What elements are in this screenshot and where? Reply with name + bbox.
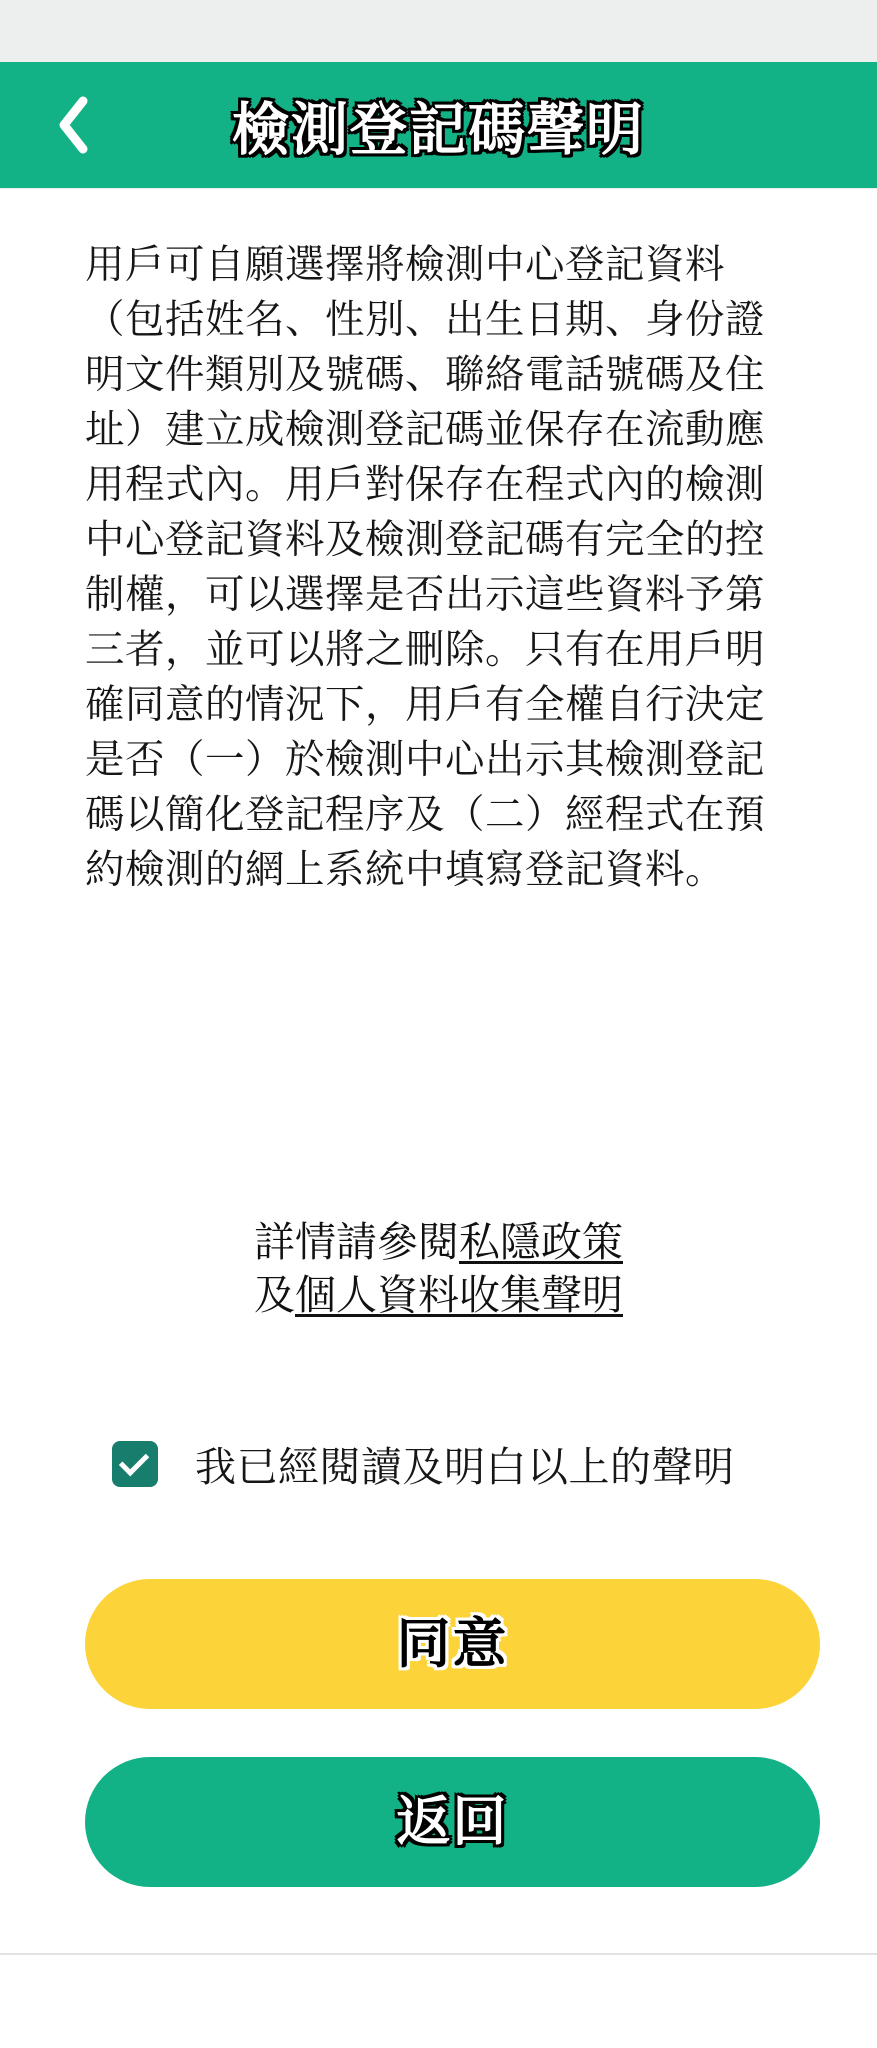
privacy-note-prefix: 詳情請參閱 <box>254 1219 459 1265</box>
checkmark-icon <box>118 1445 148 1475</box>
agree-button[interactable]: 同意 <box>85 1579 820 1709</box>
main-content: 用戶可自願選擇將檢測中心登記資料（包括姓名、性別、出生日期、身份證明文件類別及號… <box>0 238 877 1887</box>
app-screen: 檢測登記碼聲明 用戶可自願選擇將檢測中心登記資料（包括姓名、性別、出生日期、身份… <box>0 0 877 2048</box>
header-bar: 檢測登記碼聲明 <box>0 62 877 188</box>
status-bar <box>0 0 877 62</box>
privacy-note: 詳情請參閱私隱政策 及個人資料收集聲明 <box>85 1216 792 1322</box>
personal-data-collection-link[interactable]: 個人資料收集聲明 <box>295 1272 623 1318</box>
chevron-left-icon <box>55 94 91 156</box>
consent-label: 我已經閱讀及明白以上的聲明 <box>195 1434 735 1493</box>
return-button[interactable]: 返回 <box>85 1757 820 1887</box>
privacy-note-connector: 及 <box>254 1272 295 1318</box>
consent-checkbox[interactable] <box>112 1441 158 1487</box>
bottom-divider <box>0 1953 877 1955</box>
consent-row: 我已經閱讀及明白以上的聲明 <box>112 1434 792 1493</box>
privacy-policy-link[interactable]: 私隱政策 <box>459 1219 623 1265</box>
back-button[interactable] <box>38 62 108 188</box>
page-title: 檢測登記碼聲明 <box>232 84 645 166</box>
declaration-paragraph: 用戶可自願選擇將檢測中心登記資料（包括姓名、性別、出生日期、身份證明文件類別及號… <box>85 238 792 898</box>
